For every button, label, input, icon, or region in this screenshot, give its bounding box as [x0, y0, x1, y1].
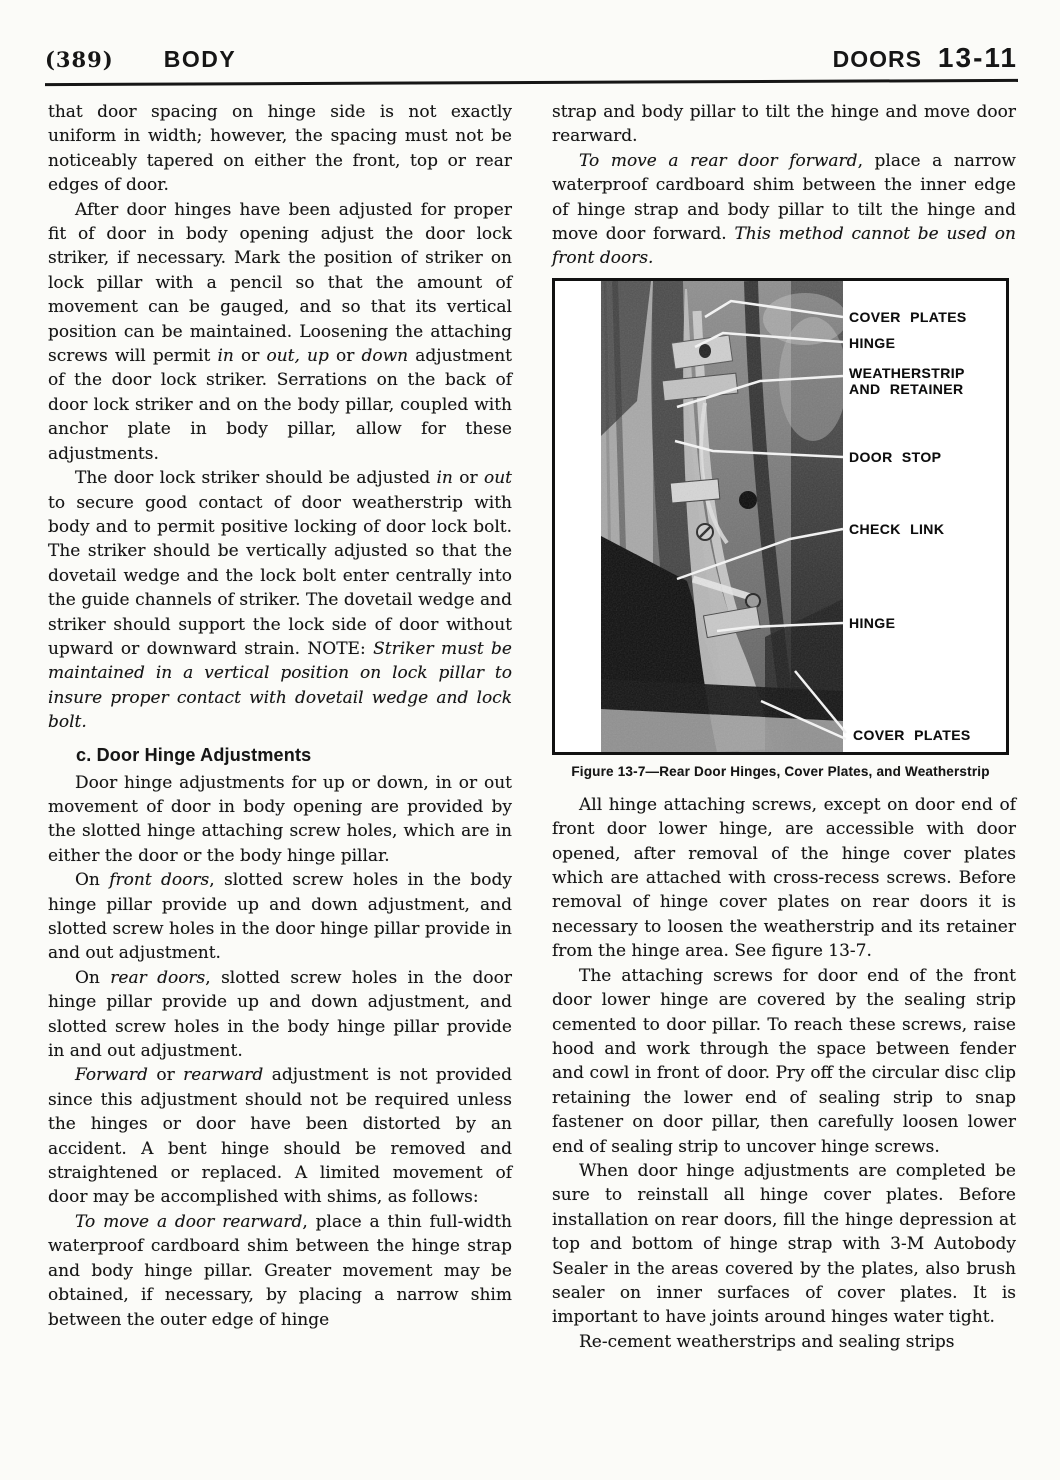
- section-title: BODY: [164, 48, 236, 71]
- paragraph: The attaching screws for door end of the…: [552, 964, 1016, 1159]
- figure-photo-svg: [555, 281, 1006, 752]
- figure-caption: Figure 13-7—Rear Door Hinges, Cover Plat…: [552, 764, 1009, 780]
- figure-label-hinge-upper: HINGE: [849, 335, 895, 351]
- page-id: 13-11: [938, 44, 1018, 72]
- paragraph: To move a rear door forward, place a nar…: [552, 149, 1016, 271]
- paragraph: To move a door rearward, place a thin fu…: [48, 1210, 512, 1332]
- paragraph: All hinge attaching screws, except on do…: [552, 793, 1016, 964]
- section-heading: c. Door Hinge Adjustments: [76, 744, 512, 767]
- paragraph: Door hinge adjustments for up or down, i…: [48, 771, 512, 869]
- chapter-title: DOORS: [833, 48, 922, 71]
- figure-label-cover-plates-top: COVER PLATES: [849, 309, 967, 325]
- paragraph: strap and body pillar to tilt the hinge …: [552, 100, 1016, 149]
- right-column-intro: strap and body pillar to tilt the hinge …: [552, 100, 1016, 271]
- paragraph: After door hinges have been adjusted for…: [48, 198, 512, 466]
- paragraph: Forward or rearward adjustment is not pr…: [48, 1063, 512, 1209]
- figure-label-hinge-lower: HINGE: [849, 615, 895, 631]
- paragraph: On rear doors, slotted screw holes in th…: [48, 966, 512, 1064]
- page-number: (389): [45, 49, 114, 70]
- paragraph: that door spacing on hinge side is not e…: [48, 100, 512, 198]
- paragraph: Re-cement weatherstrips and sealing stri…: [552, 1330, 1016, 1354]
- figure-label-door-stop: DOOR STOP: [849, 449, 941, 465]
- right-column-post-figure: All hinge attaching screws, except on do…: [552, 793, 1016, 1354]
- figure-label-check-link: CHECK LINK: [849, 521, 944, 537]
- figure-13-7: COVER PLATES HINGE WEATHERSTRIP AND RETA…: [552, 278, 1009, 755]
- left-column: that door spacing on hinge side is not e…: [48, 100, 512, 1332]
- figure-label-cover-plates-bottom: COVER PLATES: [853, 727, 971, 743]
- page-header: (389) BODY DOORS 13-11: [45, 44, 1018, 72]
- header-right: DOORS 13-11: [833, 44, 1018, 72]
- manual-page: (389) BODY DOORS 13-11 that door spacing…: [0, 0, 1060, 1480]
- header-rule: [45, 79, 1018, 86]
- paragraph: The door lock striker should be adjusted…: [48, 466, 512, 734]
- paragraph: On front doors, slotted screw holes in t…: [48, 868, 512, 966]
- right-column: strap and body pillar to tilt the hinge …: [552, 100, 1016, 1354]
- figure-label-weatherstrip-retainer: WEATHERSTRIP AND RETAINER: [849, 365, 999, 397]
- paragraph: When door hinge adjustments are complete…: [552, 1159, 1016, 1330]
